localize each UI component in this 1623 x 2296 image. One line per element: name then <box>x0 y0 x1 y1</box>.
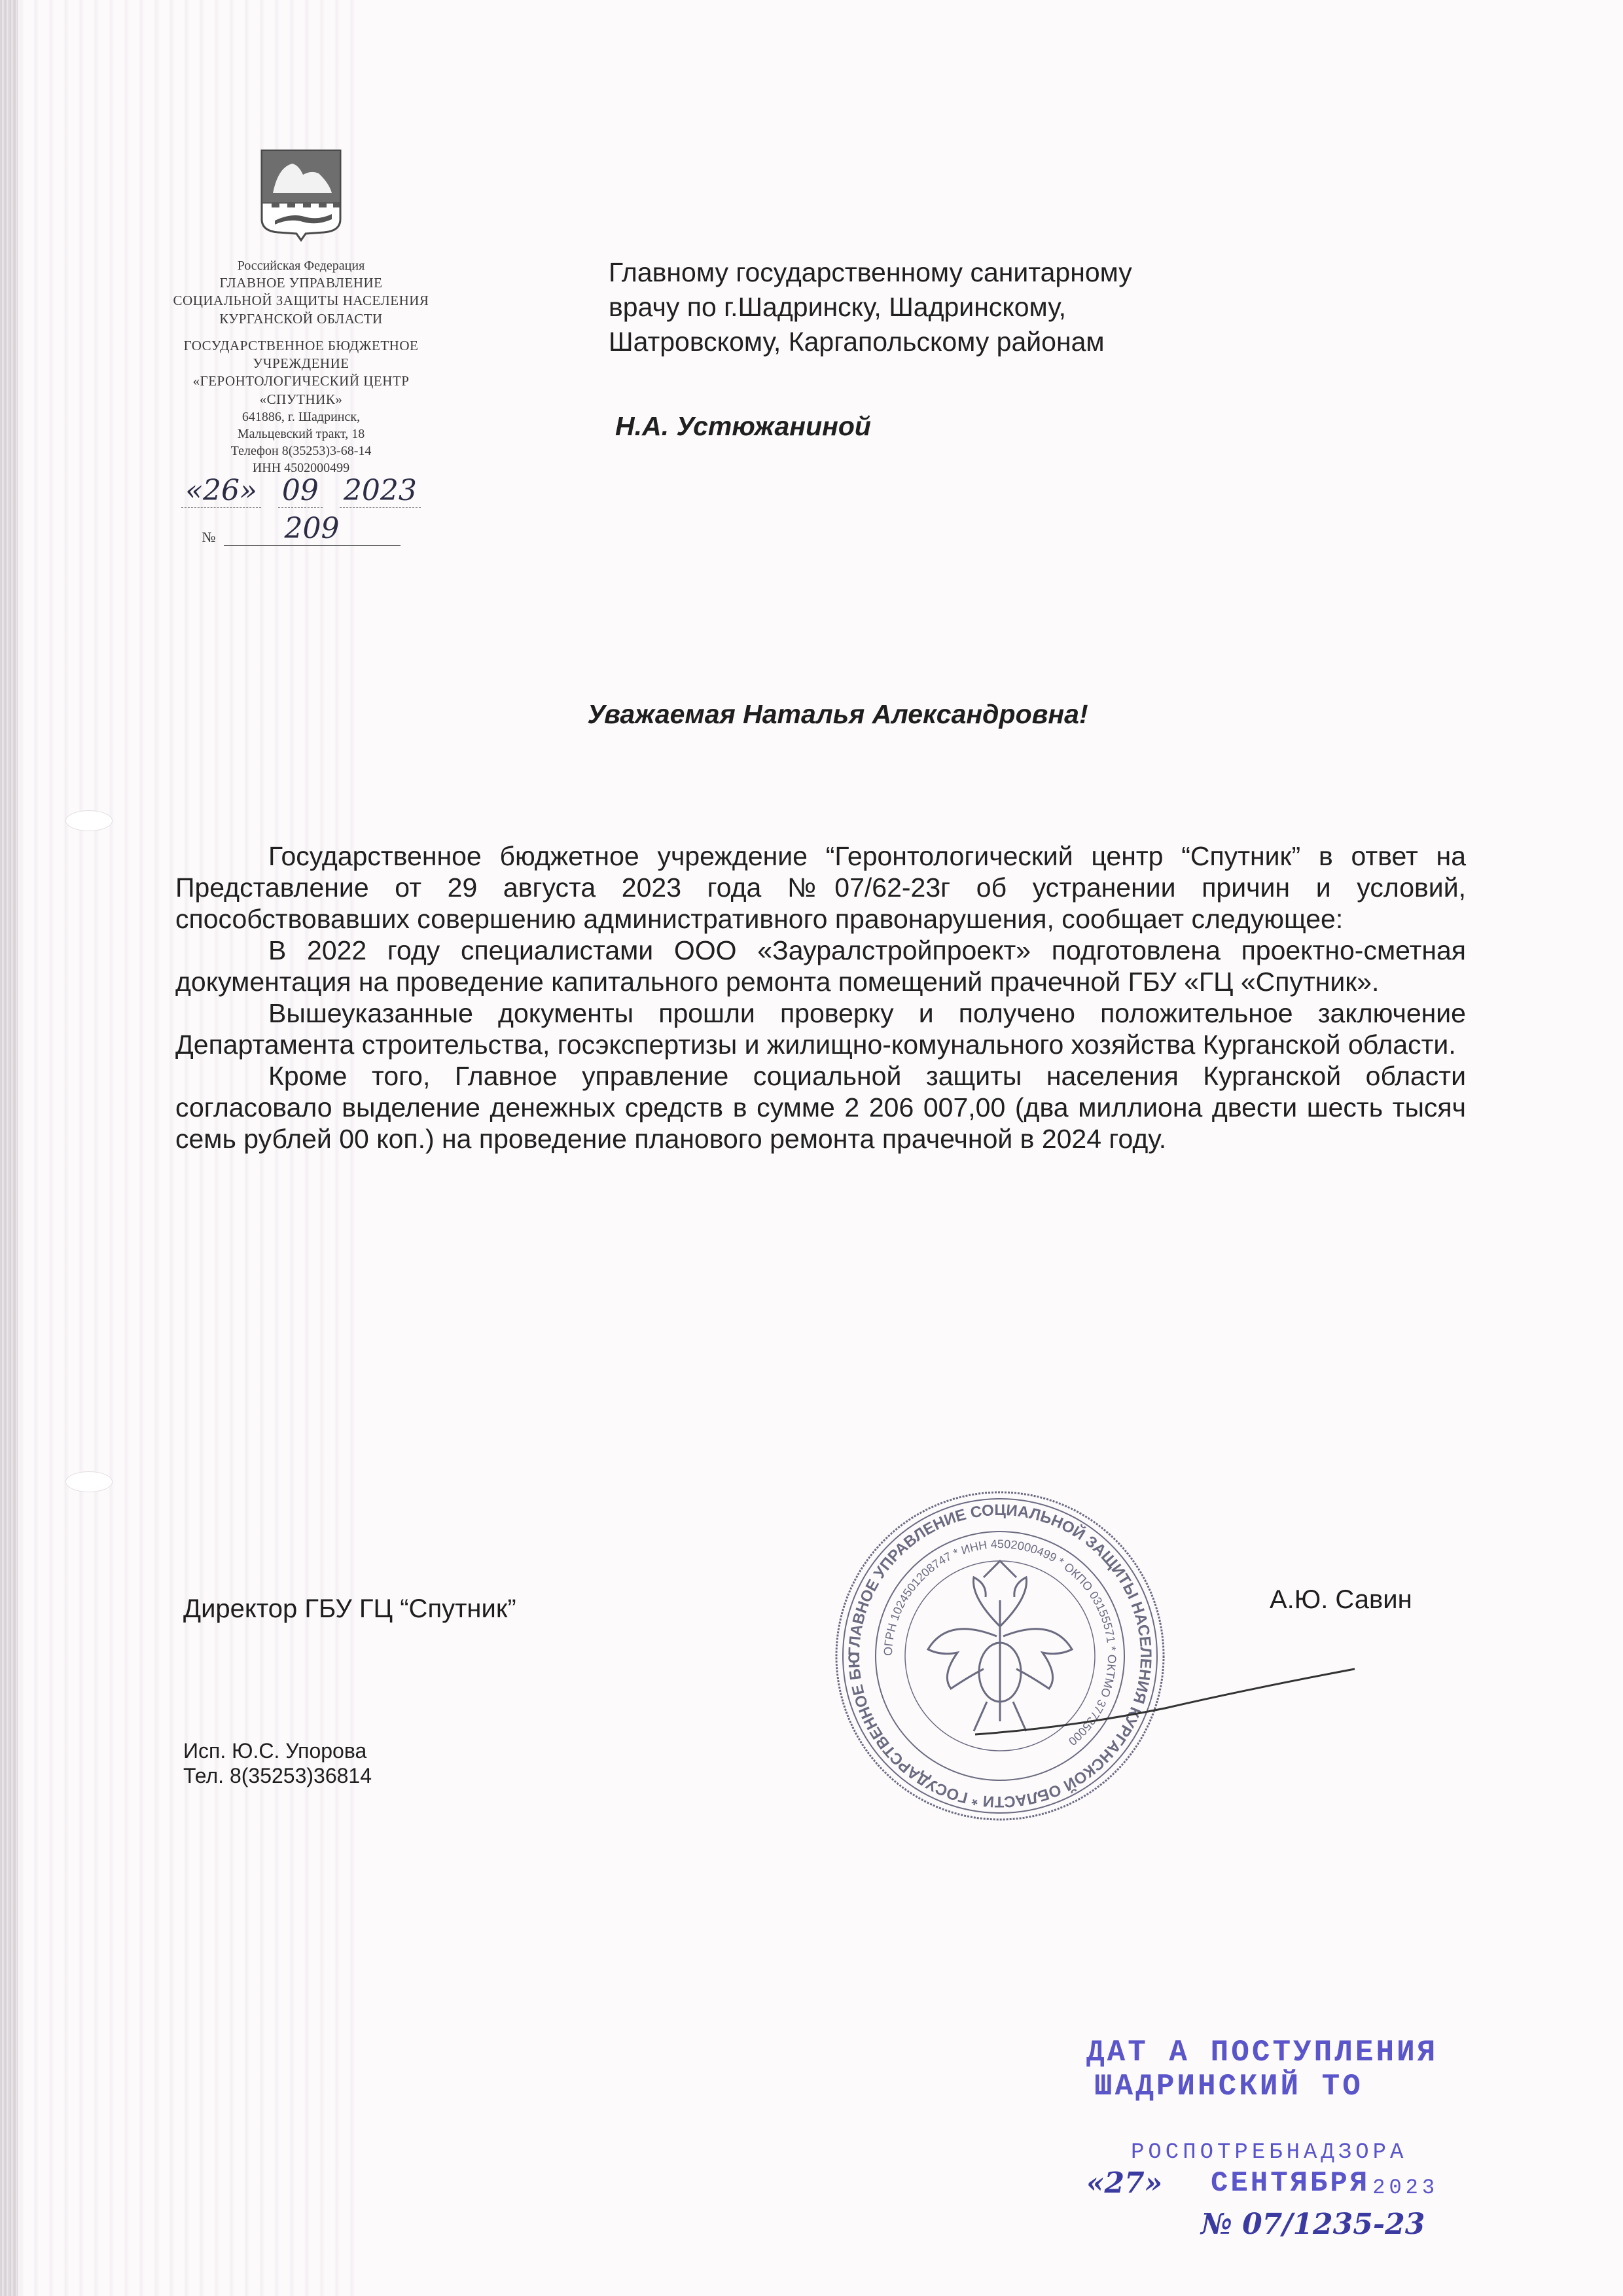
letterhead: Российская Федерация ГЛАВНОЕ УПРАВЛЕНИЕ … <box>118 147 484 546</box>
addressee-block: Главному государственному санитарному вр… <box>609 255 1263 359</box>
outgoing-date: «26» 09 2023 <box>118 474 484 508</box>
letterhead-org-line: ГОСУДАРСТВЕННОЕ БЮДЖЕТНОЕ <box>118 337 484 355</box>
date-year: 2023 <box>340 474 421 508</box>
letter-body: Государственное бюджетное учреждение “Ге… <box>175 840 1466 1155</box>
number-label: № <box>202 529 216 546</box>
addressee-name: Н.А. Устюжаниной <box>615 411 871 442</box>
letterhead-address: Мальцевский тракт, 18 <box>118 425 484 442</box>
stamp-day: «27» <box>1086 2166 1211 2200</box>
letterhead-org-line: «ГЕРОНТОЛОГИЧЕСКИЙ ЦЕНТР <box>118 372 484 390</box>
body-paragraph: В 2022 году специалистами ООО «Зауралстр… <box>175 935 1466 997</box>
stamp-line: РОСПОТРЕБНАДЗОРА <box>1131 2140 1505 2165</box>
date-month: 09 <box>278 474 323 508</box>
date-day: «26» <box>181 474 261 508</box>
stamp-line: ДАТ А ПОСТУПЛЕНИЯ <box>1086 2036 1505 2070</box>
official-seal: ГЛАВНОЕ УПРАВЛЕНИЕ СОЦИАЛЬНОЙ ЗАЩИТЫ НАС… <box>830 1486 1170 1826</box>
stamp-year: 2023 <box>1372 2176 1438 2200</box>
letterhead-parent-line: ГЛАВНОЕ УПРАВЛЕНИЕ <box>118 274 484 292</box>
kurgan-coat-of-arms-icon <box>259 147 344 245</box>
scan-edge-artifact <box>0 0 18 2296</box>
salutation: Уважаемая Наталья Александровна! <box>0 699 1623 730</box>
body-paragraph: Кроме того, Главное управление социально… <box>175 1060 1466 1155</box>
punch-hole <box>65 810 113 831</box>
letterhead-org-line: УЧРЕЖДЕНИЕ <box>118 355 484 372</box>
body-paragraph: Государственное бюджетное учреждение “Ге… <box>175 840 1466 935</box>
letterhead-phone: Телефон 8(35253)3-68-14 <box>118 442 484 459</box>
stamp-line: ШАДРИНСКИЙ ТО <box>1094 2070 1505 2104</box>
incoming-registration-stamp: ДАТ А ПОСТУПЛЕНИЯ ШАДРИНСКИЙ ТО РОСПОТРЕ… <box>1086 2036 1505 2241</box>
outgoing-number: № 209 <box>118 512 484 546</box>
letterhead-country: Российская Федерация <box>118 257 484 274</box>
stamp-registration-number: № 07/1235-23 <box>1201 2208 1505 2241</box>
body-paragraph: Вышеуказанные документы прошли проверку … <box>175 997 1466 1060</box>
addressee-line: Главному государственному санитарному <box>609 255 1263 290</box>
letterhead-parent-line: КУРГАНСКОЙ ОБЛАСТИ <box>118 310 484 328</box>
signature-stroke-icon <box>969 1662 1361 1741</box>
punch-hole <box>65 1471 113 1492</box>
stamp-date: «27» СЕНТЯБРЯ 2023 <box>1086 2166 1505 2200</box>
stamp-month: СЕНТЯБРЯ <box>1211 2167 1370 2200</box>
addressee-line: Шатровскому, Каргапольскому районам <box>609 325 1263 359</box>
letterhead-org-line: «СПУТНИК» <box>118 391 484 408</box>
number-value: 209 <box>224 512 401 546</box>
letterhead-parent-line: СОЦИАЛЬНОЙ ЗАЩИТЫ НАСЕЛЕНИЯ <box>118 292 484 310</box>
signatory-name: А.Ю. Савин <box>1270 1585 1412 1615</box>
signatory-position: Директор ГБУ ГЦ “Спутник” <box>183 1594 516 1624</box>
letterhead-address: 641886, г. Шадринск, <box>118 408 484 425</box>
executor-phone: Тел. 8(35253)36814 <box>183 1763 372 1788</box>
executor-name: Исп. Ю.С. Упорова <box>183 1738 372 1763</box>
executor-block: Исп. Ю.С. Упорова Тел. 8(35253)36814 <box>183 1738 372 1788</box>
addressee-line: врачу по г.Шадринску, Шадринскому, <box>609 290 1263 325</box>
